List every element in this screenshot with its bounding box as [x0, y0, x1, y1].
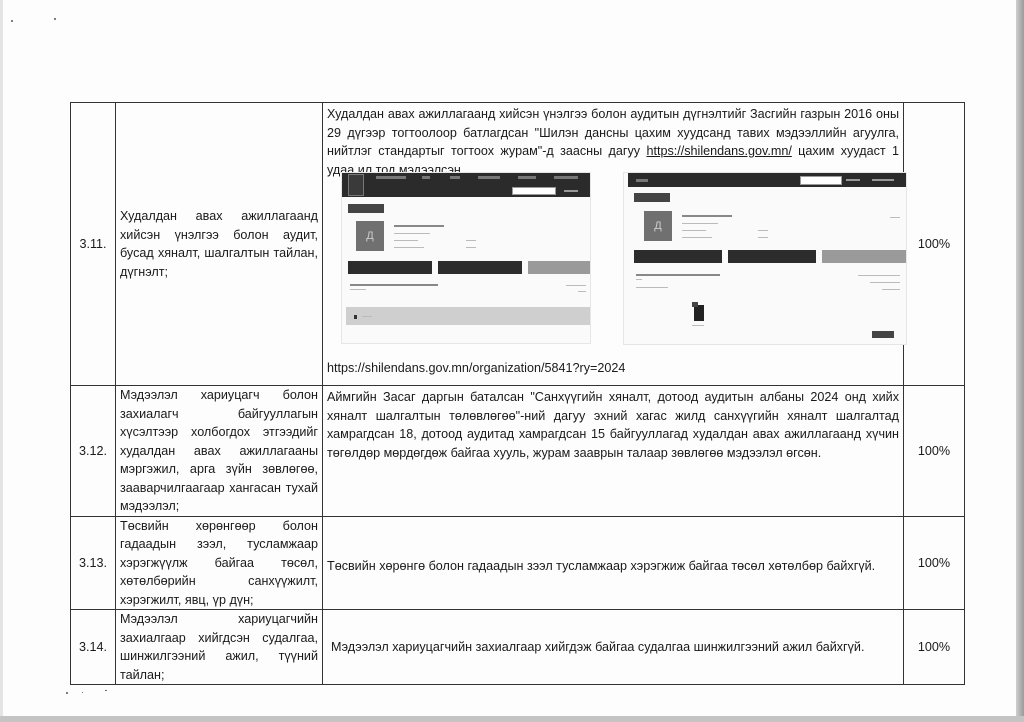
- row-description: Мэдээлэл хариуцагчийн захиалгаар хийгдэж…: [323, 610, 904, 685]
- nav-item: [376, 176, 406, 179]
- shilendans-organization-page-screenshot-1: Д: [341, 172, 591, 344]
- back-button: [634, 193, 670, 202]
- organization-url-caption: https://shilendans.gov.mn/organization/5…: [327, 359, 625, 378]
- description-paragraph: Худалдан авах ажиллагаанд хийсэн үнэлгээ…: [327, 105, 899, 179]
- scan-speck: [66, 692, 68, 694]
- attachment-bar: [346, 307, 590, 325]
- nav-item: [450, 176, 460, 179]
- tab-button: [438, 261, 522, 274]
- tab-button-active: [822, 250, 906, 263]
- nav-item: [636, 179, 648, 182]
- table-row: 3.11. Худалдан авах ажиллагаанд хийсэн ү…: [71, 103, 965, 386]
- info-line: [394, 240, 418, 241]
- nav-link: [564, 190, 578, 192]
- document-icon: Д: [356, 221, 384, 251]
- nav-item: [478, 176, 500, 179]
- site-navbar: [628, 173, 906, 187]
- tab-button: [634, 250, 722, 263]
- search-input: [512, 187, 556, 195]
- completion-percent: 100%: [904, 516, 965, 610]
- scan-speck: [105, 690, 107, 691]
- shilendans-organization-page-screenshot-2: Д: [623, 172, 907, 345]
- row-number: 3.14.: [71, 610, 116, 685]
- scan-speck: [82, 692, 83, 693]
- info-line: [394, 247, 424, 248]
- document-icon: Д: [644, 211, 672, 241]
- info-line: [466, 240, 476, 241]
- org-title-line: [394, 225, 444, 227]
- row-item: Худалдан авах ажиллагаанд хийсэн үнэлгээ…: [116, 103, 323, 386]
- tab-button: [348, 261, 432, 274]
- tab-button: [728, 250, 816, 263]
- nav-link: [846, 179, 860, 181]
- row-number: 3.11.: [71, 103, 116, 386]
- report-title-line: [636, 274, 720, 276]
- row-description: Аймгийн Засаг даргын баталсан "Санхүүгий…: [323, 386, 904, 517]
- scan-edge-right: [1016, 0, 1024, 722]
- report-title-line: [350, 284, 438, 286]
- info-line: [682, 237, 712, 238]
- row-number: 3.12.: [71, 386, 116, 517]
- row-number: 3.13.: [71, 516, 116, 610]
- info-line: [758, 237, 768, 238]
- site-logo-icon: [348, 174, 364, 196]
- table-row: 3.14. Мэдээлэл хариуцагчийн захиалгаар х…: [71, 610, 965, 685]
- report-type-line: [636, 287, 668, 288]
- meta-line: [858, 275, 900, 276]
- report-date-line: [350, 289, 366, 290]
- back-button: [348, 204, 384, 213]
- row-item: Мэдээлэл хариуцагч болон захиалагч байгу…: [116, 386, 323, 517]
- row-description: Төсвийн хөрөнгө болон гадаадын зээл тусл…: [323, 516, 904, 610]
- scan-edge-left: [0, 0, 3, 722]
- completion-percent: 100%: [904, 610, 965, 685]
- info-line: [682, 223, 718, 224]
- scan-edge-bottom: [0, 716, 1024, 722]
- scan-speck: [11, 20, 13, 22]
- meta-line: [882, 289, 900, 290]
- attachment-label: [362, 316, 372, 317]
- tab-button-active: [528, 261, 590, 274]
- site-navbar: [342, 173, 590, 197]
- nav-item: [554, 176, 578, 179]
- meta-line: [578, 291, 586, 292]
- table-row: 3.13. Төсвийн хөрөнгөөр болон гадаадын з…: [71, 516, 965, 610]
- org-title-line: [682, 215, 732, 217]
- info-line: [466, 247, 476, 248]
- row-description: Худалдан авах ажиллагаанд хийсэн үнэлгээ…: [323, 103, 904, 386]
- attachment-count: [354, 315, 357, 319]
- info-line: [758, 230, 768, 231]
- row-item: Мэдээлэл хариуцагчийн захиалгаар хийгдсэ…: [116, 610, 323, 685]
- info-line: [682, 230, 706, 231]
- meta-line: [566, 285, 586, 286]
- shilendans-link[interactable]: https://shilendans.gov.mn/: [646, 144, 791, 158]
- info-line: [394, 233, 430, 234]
- report-table: 3.11. Худалдан авах ажиллагаанд хийсэн ү…: [70, 102, 965, 685]
- report-date-line: [636, 279, 642, 280]
- nav-item: [422, 176, 430, 179]
- download-button: [872, 331, 894, 338]
- completion-percent: 100%: [904, 103, 965, 386]
- nav-link: [872, 179, 894, 181]
- meta-line: [870, 282, 900, 283]
- table-row: 3.12. Мэдээлэл хариуцагч болон захиалагч…: [71, 386, 965, 517]
- search-input: [800, 176, 842, 185]
- completion-percent: 100%: [904, 386, 965, 517]
- scan-speck: [54, 18, 56, 20]
- pdf-file-icon: [694, 305, 704, 321]
- nav-item: [518, 176, 536, 179]
- year-select: [890, 217, 900, 218]
- file-name-line: [692, 325, 704, 326]
- row-item: Төсвийн хөрөнгөөр болон гадаадын зээл, т…: [116, 516, 323, 610]
